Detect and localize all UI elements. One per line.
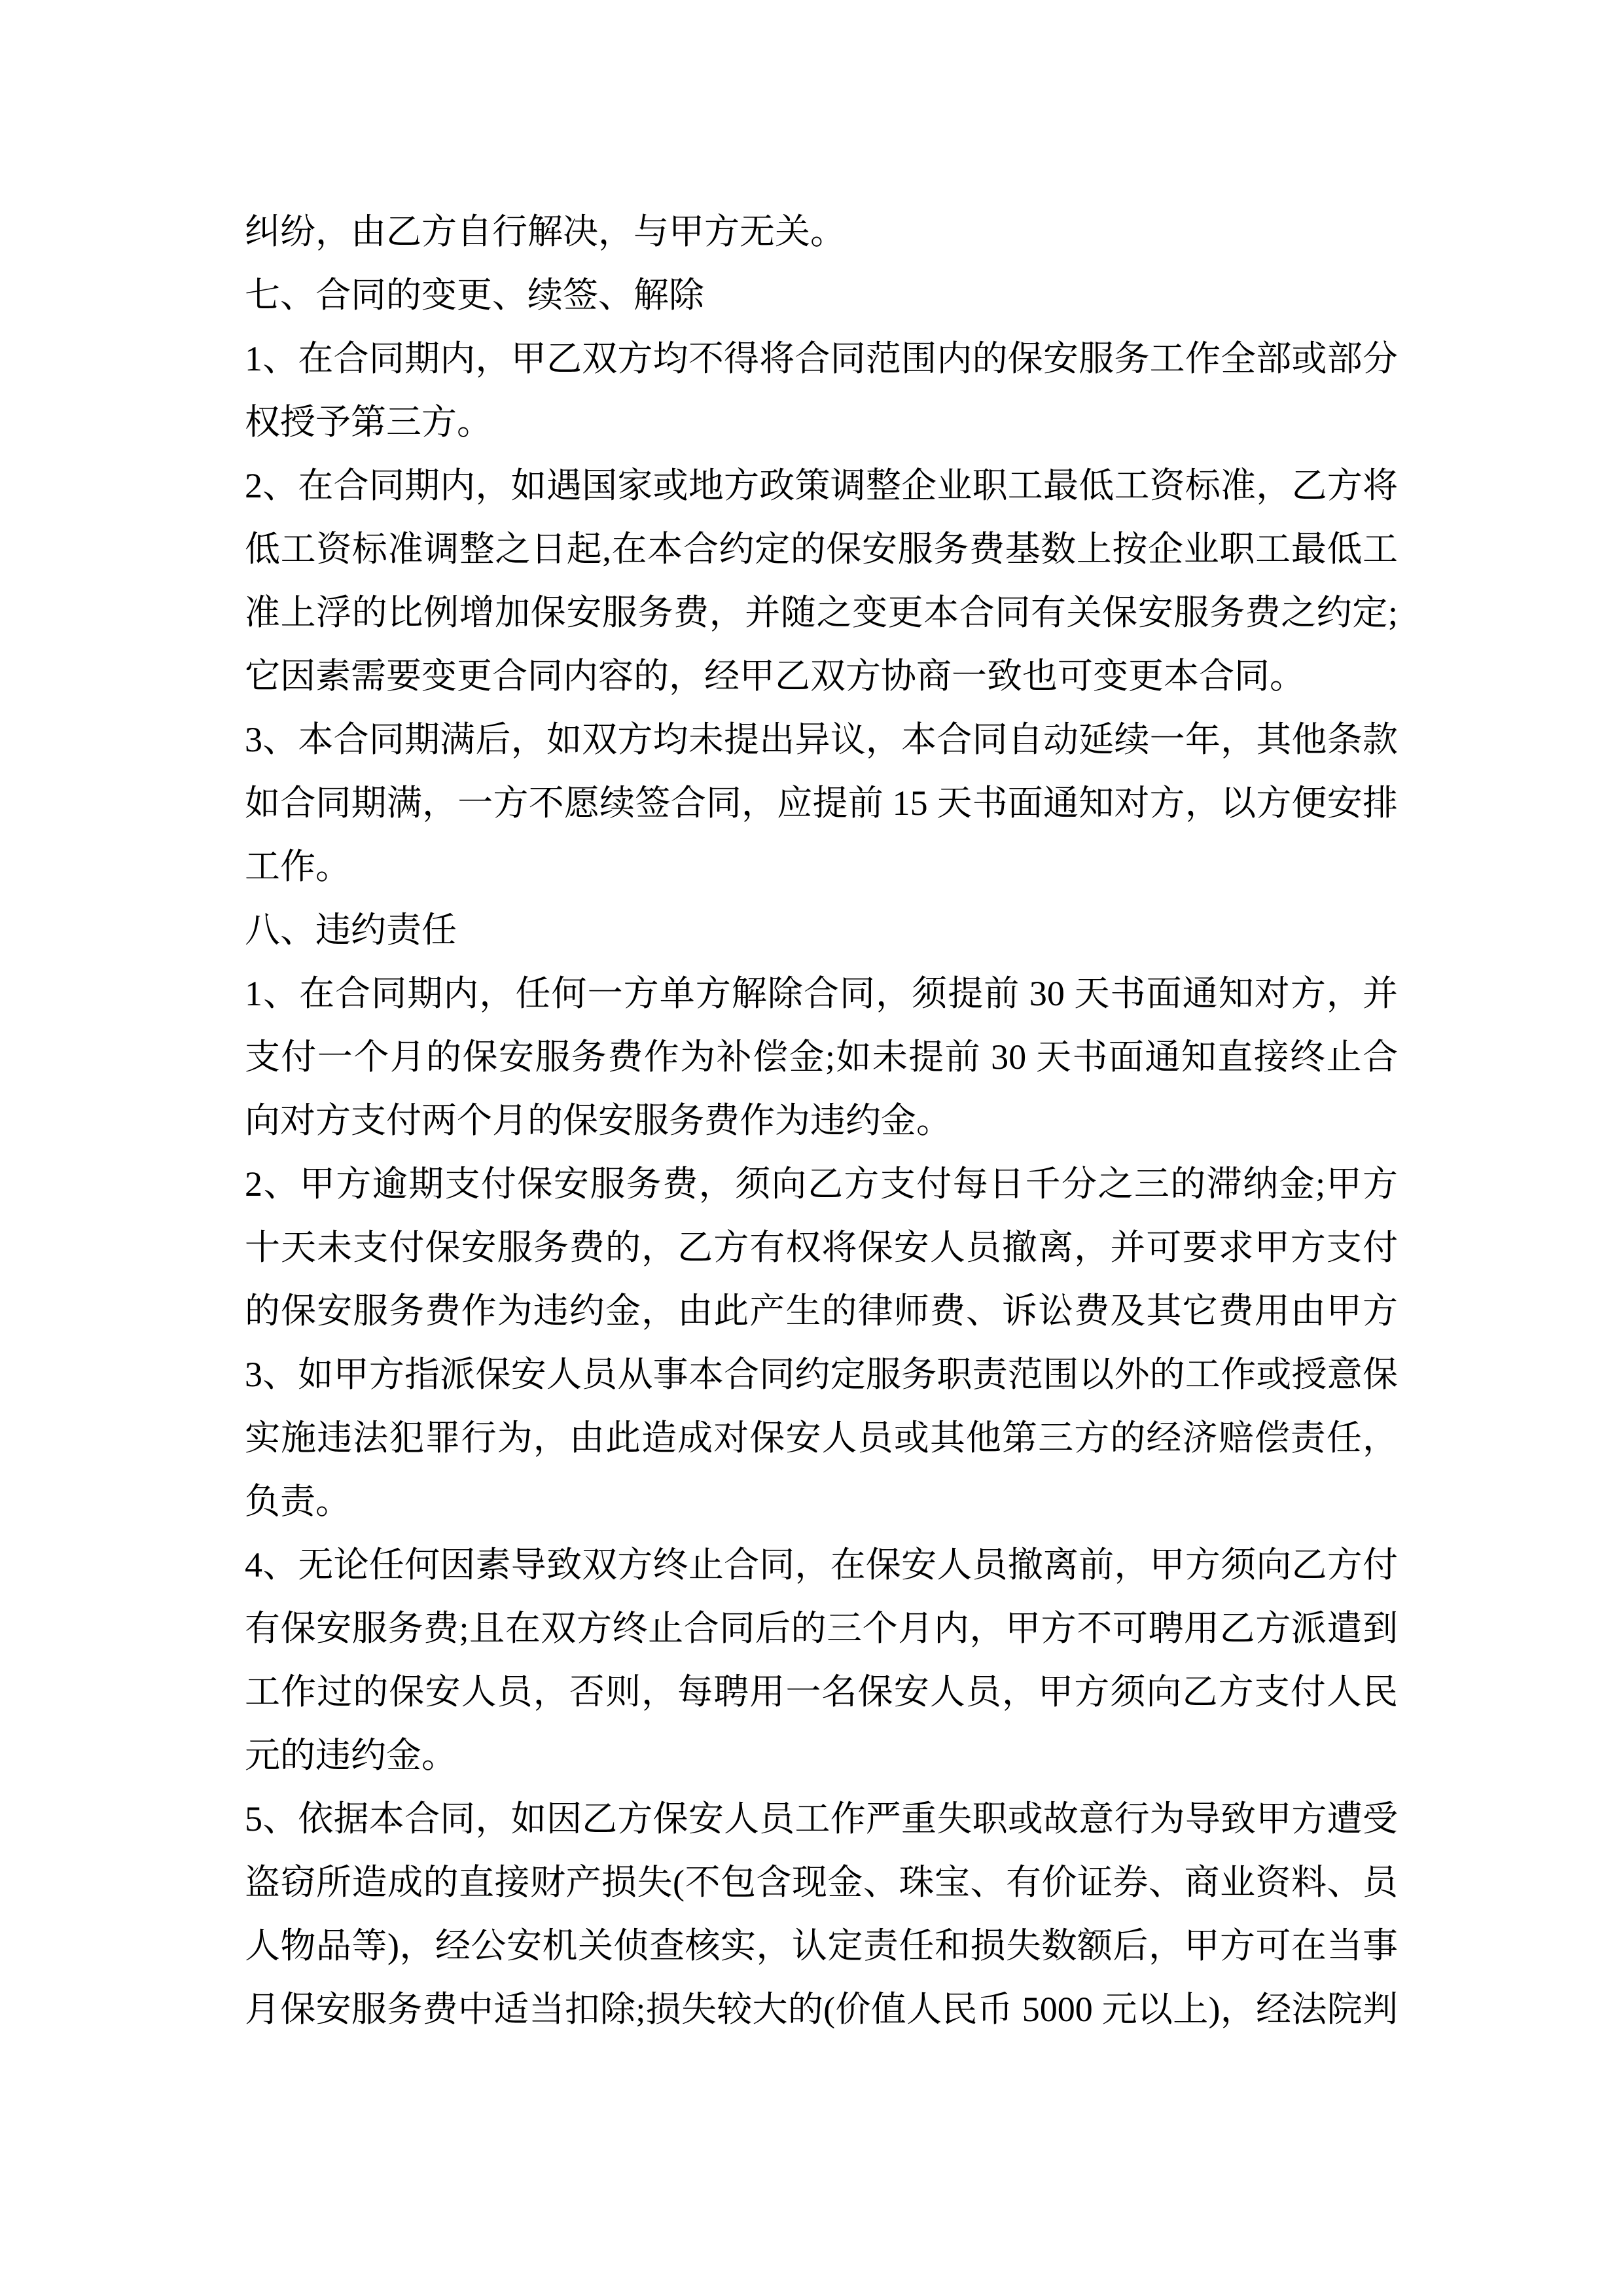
text-line: 十天未支付保安服务费的，乙方有权将保安人员撤离，并可要求甲方支付两个月 [245,1216,1398,1280]
text-line: 3、本合同期满后，如双方均未提出异议，本合同自动延续一年，其他条款不变; [245,708,1398,772]
text-line: 它因素需要变更合同内容的，经甲乙双方协商一致也可变更本合同。 [245,645,1398,708]
document-body: 纠纷，由乙方自行解决，与甲方无关。七、合同的变更、续签、解除1、在合同期内，甲乙… [245,200,1398,2041]
text-line: 2、在合同期内，如遇国家或地方政策调整企业职工最低工资标准，乙方将从最 [245,454,1398,518]
contract-page: 纠纷，由乙方自行解决，与甲方无关。七、合同的变更、续签、解除1、在合同期内，甲乙… [0,0,1623,2296]
text-line: 权授予第三方。 [245,391,1398,454]
text-line: 八、违约责任 [245,899,1398,962]
text-line: 月保安服务费中适当扣除;损失较大的(价值人民币 5000 元以上)，经法院判定应 [245,1978,1398,2041]
text-line: 向对方支付两个月的保安服务费作为违约金。 [245,1089,1398,1153]
text-line: 支付一个月的保安服务费作为补偿金;如未提前 30 天书面通知直接终止合同,须 [245,1026,1398,1089]
text-line: 准上浮的比例增加保安服务费，并随之变更本合同有关保安服务费之约定;因其 [245,581,1398,645]
text-line: 的保安服务费作为违约金，由此产生的律师费、诉讼费及其它费用由甲方承担。 [245,1280,1398,1343]
text-line: 2、甲方逾期支付保安服务费，须向乙方支付每日千分之三的滞纳金;甲方逾期三 [245,1153,1398,1216]
text-line: 4、无论任何因素导致双方终止合同，在保安人员撤离前，甲方须向乙方付清所 [245,1534,1398,1597]
text-line: 工作。 [245,835,1398,899]
text-line: 七、合同的变更、续签、解除 [245,264,1398,327]
text-line: 人物品等)，经公安机关侦查核实，认定责任和损失数额后，甲方可在当事人当 [245,1914,1398,1978]
text-line: 元的违约金。 [245,1724,1398,1787]
text-line: 3、如甲方指派保安人员从事本合同约定服务职责范围以外的工作或授意保安员 [245,1343,1398,1407]
text-line: 5、依据本合同，如因乙方保安人员工作严重失职或故意行为导致甲方遭受外来 [245,1787,1398,1851]
text-line: 有保安服务费;且在双方终止合同后的三个月内，甲方不可聘用乙方派遣到甲方 [245,1597,1398,1660]
text-line: 低工资标准调整之日起,在本合约定的保安服务费基数上按企业职工最低工资标 [245,518,1398,581]
text-line: 工作过的保安人员，否则，每聘用一名保安人员，甲方须向乙方支付人民币 5000 [245,1660,1398,1724]
text-line: 纠纷，由乙方自行解决，与甲方无关。 [245,200,1398,264]
text-line: 盗窃所造成的直接财产损失(不包含现金、珠宝、有价证券、商业资料、员工私 [245,1851,1398,1914]
text-line: 负责。 [245,1470,1398,1534]
text-line: 1、在合同期内，任何一方单方解除合同，须提前 30 天书面通知对方，并向对方 [245,962,1398,1026]
text-line: 实施违法犯罪行为，由此造成对保安人员或其他第三方的经济赔偿责任，由甲方 [245,1407,1398,1470]
text-line: 如合同期满，一方不愿续签合同，应提前 15 天书面通知对方，以方便安排交接 [245,772,1398,835]
text-line: 1、在合同期内，甲乙双方均不得将合同范围内的保安服务工作全部或部分管理 [245,327,1398,391]
